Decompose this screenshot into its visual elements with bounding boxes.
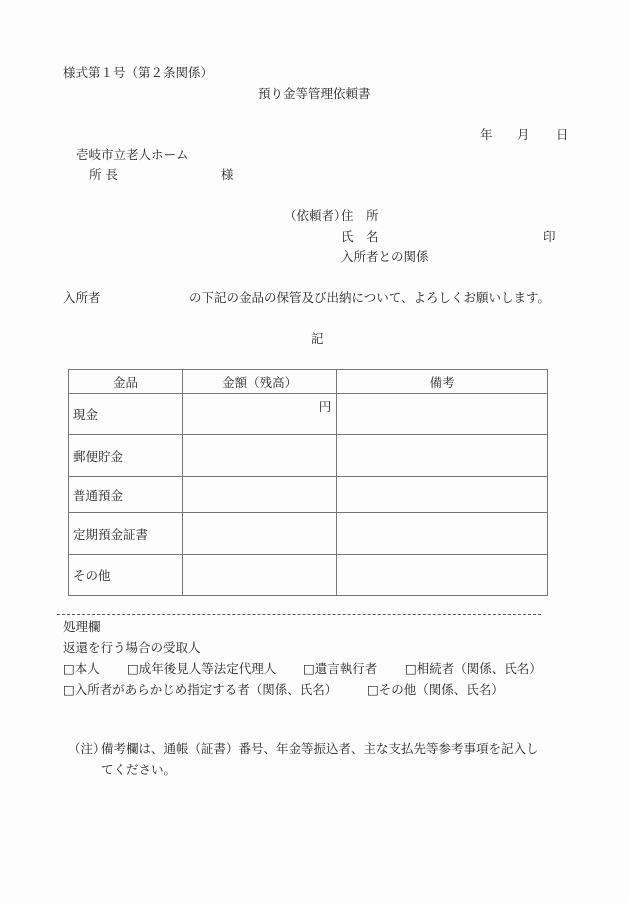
requester-address-label: 住 所 [341, 208, 379, 224]
row-item: 普通預金 [69, 477, 183, 513]
table-row: 定期預金証書 [69, 513, 548, 555]
row-note-cell[interactable] [337, 513, 548, 555]
header-item: 金品 [69, 370, 183, 394]
row-amount-cell[interactable]: 円 [182, 394, 336, 435]
processing-subtitle: 返還を行う場合の受取人 [63, 640, 201, 656]
option-legal-guardian[interactable]: □成年後見人等法定代理人 [127, 661, 276, 677]
table-header-row: 金品 金額（残高） 備考 [69, 370, 548, 394]
row-item: 郵便貯金 [69, 435, 183, 477]
requester-relation-label: 入所者との関係 [341, 249, 429, 265]
table-row: 郵便貯金 [69, 435, 548, 477]
form-number: 様式第１号（第２条関係） [63, 65, 213, 81]
note-line-2: てください。 [101, 762, 176, 778]
note-line-1: 備考欄は、通帳（証書）番号、年金等振込者、主な支払先等参考事項を記入し [101, 741, 539, 757]
row-item: 現金 [69, 394, 183, 435]
date-day-label: 日 [556, 127, 569, 143]
row-note-cell[interactable] [337, 435, 548, 477]
row-note-cell[interactable] [337, 555, 548, 596]
processing-title: 処理欄 [63, 619, 101, 635]
requester-name-label: 氏 名 [341, 229, 379, 245]
row-item: その他 [69, 555, 183, 596]
row-amount-cell[interactable] [182, 435, 336, 477]
document-title: 預り金等管理依頼書 [258, 86, 371, 102]
option-other[interactable]: □その他（関係、氏名） [367, 682, 504, 698]
seal-mark: 印 [543, 229, 556, 245]
note-label: （注） [68, 741, 106, 757]
dashed-divider [57, 614, 541, 615]
row-note-cell[interactable] [337, 477, 548, 513]
table-row: その他 [69, 555, 548, 596]
table-row: 現金 円 [69, 394, 548, 435]
table-row: 普通預金 [69, 477, 548, 513]
option-executor[interactable]: □遺言執行者 [303, 661, 377, 677]
row-item: 定期預金証書 [69, 513, 183, 555]
date-month-label: 月 [517, 127, 530, 143]
header-note: 備考 [337, 370, 548, 394]
yen-unit: 円 [319, 397, 332, 415]
ki-heading: 記 [311, 331, 324, 347]
option-designated-person[interactable]: □入所者があらかじめ指定する者（関係、氏名） [63, 682, 337, 698]
row-amount-cell[interactable] [182, 555, 336, 596]
addressee-org: 壱岐市立老人ホーム [76, 147, 189, 163]
row-amount-cell[interactable] [182, 477, 336, 513]
header-amount: 金額（残高） [182, 370, 336, 394]
row-amount-cell[interactable] [182, 513, 336, 555]
request-body: の下記の金品の保管及び出納について、よろしくお願いします。 [189, 290, 550, 306]
addressee-position: 所 長 [89, 167, 118, 183]
option-heir[interactable]: □相続者（関係、氏名） [405, 661, 542, 677]
resident-label: 入所者 [63, 290, 101, 306]
row-note-cell[interactable] [337, 394, 548, 435]
option-self[interactable]: □本人 [63, 661, 100, 677]
date-year-label: 年 [480, 127, 493, 143]
requester-label: （依頼者） [284, 208, 347, 224]
addressee-honorific: 様 [221, 167, 234, 183]
items-table: 金品 金額（残高） 備考 現金 円 郵便貯金 普通預金 定期預金証書 その他 [68, 369, 548, 596]
